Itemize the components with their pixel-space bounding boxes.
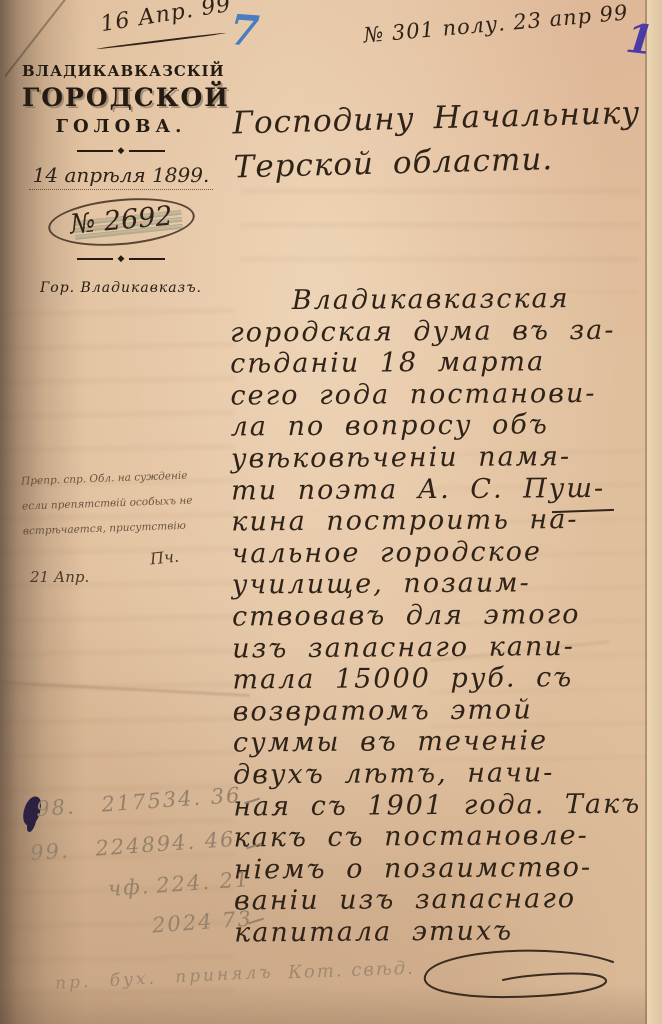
ornament-divider-icon: ◆ xyxy=(22,146,220,156)
footer-pencil-note-right: Кот. свѣд. xyxy=(288,958,416,983)
ornament-diamond-icon: ◆ xyxy=(118,146,125,156)
body-line: возвратомъ этой xyxy=(233,693,657,728)
pencil-figure-label: чф. xyxy=(107,874,151,901)
body-line: ла по вопросу объ xyxy=(231,409,655,444)
registry-note: № 301 полу. 23 апр 99 xyxy=(362,0,629,47)
body-line: тала 15000 руб. съ xyxy=(232,662,656,697)
margin-resolution-note: Препр. спр. Обл. на сужденіе если препят… xyxy=(21,463,223,545)
body-line: сего года постанови- xyxy=(230,377,654,412)
bleed-through-text xyxy=(0,290,235,1010)
body-line: какъ съ постановле- xyxy=(233,820,657,855)
body-line: ти поэта А. С. Пуш- xyxy=(231,472,655,507)
body-line: суммы въ теченіе xyxy=(233,725,657,760)
margin-note-initial: Пч. xyxy=(149,547,180,569)
body-line: ствовавъ для этого xyxy=(232,598,656,633)
blue-crayon-number: 7 xyxy=(228,5,261,56)
signature-flourish xyxy=(408,948,623,1006)
body-line: капитала этихъ xyxy=(234,914,658,949)
body-line: чальное городское xyxy=(231,535,655,570)
body-line: ваніи изъ запаснаго xyxy=(234,883,658,918)
addressee-block: Господину Начальнику Терской области. xyxy=(232,91,654,190)
letterhead-date: 14 апрѣля 1899. xyxy=(29,163,214,190)
body-line: изъ запаснаго капи- xyxy=(232,630,656,665)
document-number: № 2692 xyxy=(68,201,173,241)
document-number-oval: № 2692 xyxy=(46,193,196,252)
body-line: сѣданіи 18 марта xyxy=(230,346,654,381)
letterhead: ВЛАДИКАВКАЗСКІЙ ГОРОДСКОЙ ГОЛОВА. ◆ 14 а… xyxy=(22,62,220,296)
body-line: ная съ 1901 года. Такъ xyxy=(233,788,657,823)
body-line: училище, позаим- xyxy=(232,567,656,602)
page-number: 1 xyxy=(624,15,657,65)
pencil-figure-label: 98. xyxy=(35,794,76,821)
received-date-note: 16 Апр. 99 xyxy=(99,0,233,37)
body-line: двухъ лѣтъ, начи- xyxy=(233,756,657,791)
letter-body: Владикавказская городская дума въ за- сѣ… xyxy=(230,283,659,949)
document-sheet: 16 Апр. 99 7 № 301 полу. 23 апр 99 1 ВЛА… xyxy=(0,0,662,1024)
body-line: городская дума въ за- xyxy=(230,314,654,349)
letterhead-office-title: ГОРОДСКОЙ xyxy=(22,83,220,112)
letterhead-office-title2: ГОЛОВА. xyxy=(22,116,220,137)
letterhead-place: Гор. Владикавказъ. xyxy=(22,280,220,296)
body-line: Владикавказская xyxy=(230,283,654,318)
letterhead-city-title: ВЛАДИКАВКАЗСКІЙ xyxy=(22,62,220,80)
body-line: увѣковѣченіи памя- xyxy=(231,440,655,475)
body-line: ніемъ о позаимство- xyxy=(234,851,658,886)
margin-note-date: 21 Апр. xyxy=(30,568,89,586)
ornament-diamond-icon: ◆ xyxy=(118,254,125,264)
ornament-divider-icon: ◆ xyxy=(22,254,220,264)
pencil-figure-label: 99. xyxy=(29,838,70,865)
